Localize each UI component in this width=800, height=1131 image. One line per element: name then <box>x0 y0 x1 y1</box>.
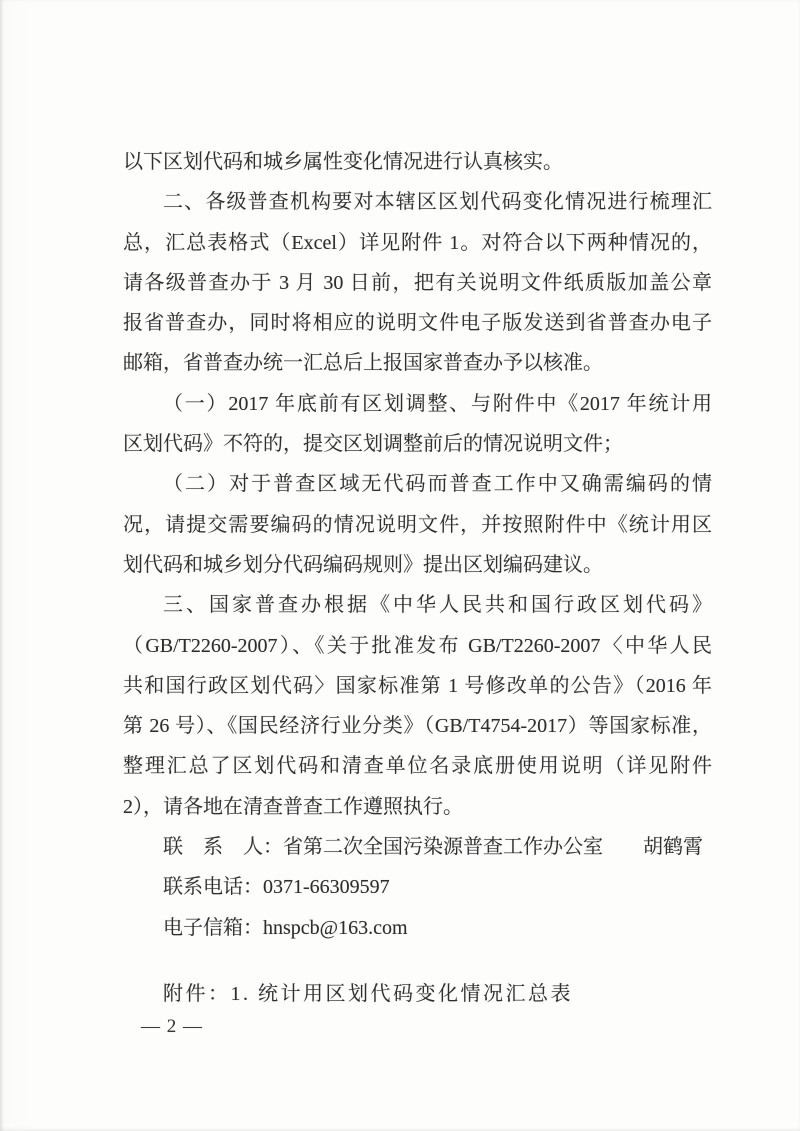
contact-phone-line: 联系电话：0371-66309597 <box>123 867 712 907</box>
contact-email-line: 电子信箱：hnspcb@163.com <box>123 908 712 948</box>
body-line: 整理汇总了区划代码和清查单位名录底册使用说明（详见附件 <box>123 746 712 786</box>
body-line: 第 26 号）、《国民经济行业分类》（GB/T4754-2017）等国家标准， <box>123 706 712 746</box>
attachment-block: 附件：1. 统计用区划代码变化情况汇总表 <box>123 974 712 1014</box>
paragraph-item-two: （二）对于普查区域无代码而普查工作中又确需编码的情 况，请提交需要编码的情况说明… <box>123 464 712 585</box>
attachment-line: 附件：1. 统计用区划代码变化情况汇总表 <box>123 974 712 1014</box>
contact-person-line: 联 系 人：省第二次全国污染源普查工作办公室 胡鹤霄 <box>123 827 712 867</box>
body-line: （GB/T2260-2007）、《关于批准发布 GB/T2260-2007〈中华… <box>123 626 712 666</box>
body-line: 共和国行政区划代码〉国家标准第 1 号修改单的公告》（2016 年 <box>123 666 712 706</box>
paragraph-item-one: （一）2017 年底前有区划调整、与附件中《2017 年统计用 区划代码》不符的… <box>123 384 712 465</box>
scanned-page: 以下区划代码和城乡属性变化情况进行认真核实。 二、各级普查机构要对本辖区区划代码… <box>0 0 800 1131</box>
body-line: （二）对于普查区域无代码而普查工作中又确需编码的情 <box>123 464 712 504</box>
contact-block: 联 系 人：省第二次全国污染源普查工作办公室 胡鹤霄 联系电话：0371-663… <box>123 827 712 948</box>
body-line: 划代码和城乡划分代码编码规则》提出区划编码建议。 <box>123 545 712 585</box>
body-line: （一）2017 年底前有区划调整、与附件中《2017 年统计用 <box>123 384 712 424</box>
body-line: 请各级普查办于 3 月 30 日前，把有关说明文件纸质版加盖公章 <box>123 263 712 303</box>
body-line: 2），请各地在清查普查工作遵照执行。 <box>123 787 712 827</box>
body-line: 以下区划代码和城乡属性变化情况进行认真核实。 <box>123 142 712 182</box>
body-line: 三、国家普查办根据《中华人民共和国行政区划代码》 <box>123 585 712 625</box>
paragraph-section-two: 二、各级普查机构要对本辖区区划代码变化情况进行梳理汇 总，汇总表格式（Excel… <box>123 182 712 383</box>
paragraph-carryover: 以下区划代码和城乡属性变化情况进行认真核实。 <box>123 142 712 182</box>
document-body: 以下区划代码和城乡属性变化情况进行认真核实。 二、各级普查机构要对本辖区区划代码… <box>123 142 712 1014</box>
body-line: 况，请提交需要编码的情况说明文件，并按照附件中《统计用区 <box>123 505 712 545</box>
page-number: — 2 — <box>141 1012 203 1042</box>
body-line: 邮箱，省普查办统一汇总后上报国家普查办予以核准。 <box>123 343 712 383</box>
body-line: 报省普查办，同时将相应的说明文件电子版发送到省普查办电子 <box>123 303 712 343</box>
body-line: 总，汇总表格式（Excel）详见附件 1。对符合以下两种情况的， <box>123 223 712 263</box>
body-line: 区划代码》不符的，提交区划调整前后的情况说明文件； <box>123 424 712 464</box>
paragraph-section-three: 三、国家普查办根据《中华人民共和国行政区划代码》 （GB/T2260-2007）… <box>123 585 712 827</box>
body-line: 二、各级普查机构要对本辖区区划代码变化情况进行梳理汇 <box>123 182 712 222</box>
